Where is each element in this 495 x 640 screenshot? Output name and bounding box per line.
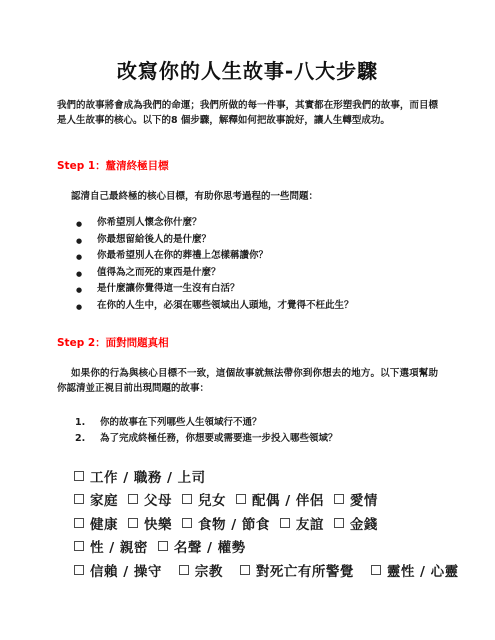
checkbox-item[interactable]: 愛情 (334, 489, 378, 509)
checkbox-icon[interactable] (74, 518, 84, 528)
checkbox-row: 工作 / 職務 / 上司 (74, 464, 475, 488)
checkbox-item[interactable]: 父母 (128, 489, 172, 509)
step-2-heading: Step 2：面對問題真相 (57, 335, 438, 350)
checkbox-row: 性 / 親密 名聲 / 權勢 (74, 535, 475, 559)
bullet-icon: ● (76, 216, 82, 233)
checkbox-item[interactable]: 金錢 (334, 513, 378, 533)
domain-label: 金錢 (350, 513, 378, 533)
checkbox-item[interactable]: 兒女 (182, 489, 226, 509)
checkbox-item[interactable]: 靈性 / 心靈 (371, 560, 459, 580)
checkbox-item[interactable]: 性 / 親密 (74, 536, 148, 556)
numbered-item: 1. 你的故事在下列哪些人生領域行不通？ (75, 415, 455, 431)
page-title: 改寫你的人生故事-八大步驟 (0, 0, 495, 84)
checkbox-icon[interactable] (74, 565, 84, 575)
domain-label: 性 / 親密 (90, 536, 148, 556)
bullet-icon: ● (76, 249, 82, 266)
checkbox-item[interactable]: 宗教 (179, 560, 223, 580)
step-1-heading: Step 1：釐清終極目標 (57, 158, 438, 173)
step-1-lead: 認清自己最終極的核心目標，有助你思考過程的一些問題： (57, 189, 438, 204)
domain-label: 愛情 (350, 489, 378, 509)
checkbox-row: 信賴 / 操守 宗教 對死亡有所警覺 靈性 / 心靈 (74, 558, 475, 582)
checkbox-icon[interactable] (334, 494, 344, 504)
checkbox-icon[interactable] (74, 471, 84, 481)
domain-label: 友誼 (296, 513, 324, 533)
bullet-icon: ● (76, 299, 82, 316)
checkbox-icon[interactable] (182, 518, 192, 528)
checkbox-icon[interactable] (236, 494, 246, 504)
domain-label: 工作 / 職務 / 上司 (90, 466, 206, 486)
domain-label: 配偶 / 伴侶 (252, 489, 324, 509)
question-text: 值得為之而死的東西是什麼？ (97, 267, 221, 278)
document-page: 改寫你的人生故事-八大步驟 我們的故事將會成為我們的命運；我們所做的每一件事，其… (0, 0, 495, 640)
question-text: 你希望別人懷念你什麼？ (97, 217, 202, 228)
domain-label: 快樂 (144, 513, 172, 533)
domain-label: 信賴 / 操守 (90, 560, 162, 580)
bullet-icon: ● (76, 282, 82, 299)
reflection-questions-list: ●你希望別人懷念你什麼？ ●你最想留給後人的是什麼？ ●你最希望別人在你的葬禮上… (75, 215, 455, 314)
item-number: 1. (75, 415, 100, 431)
checkbox-icon[interactable] (182, 494, 192, 504)
checkbox-item[interactable]: 家庭 (74, 489, 118, 509)
domain-label: 食物 / 節食 (198, 513, 270, 533)
question-text: 在你的人生中，必須在哪些領域出人頭地，才覺得不枉此生？ (97, 300, 354, 311)
checkbox-item[interactable]: 食物 / 節食 (182, 513, 270, 533)
checkbox-row: 健康 快樂 食物 / 節食 友誼 金錢 (74, 511, 475, 535)
checkbox-item[interactable]: 名聲 / 權勢 (158, 536, 246, 556)
list-item: ●值得為之而死的東西是什麼？ (75, 265, 455, 282)
intro-paragraph: 我們的故事將會成為我們的命運；我們所做的每一件事，其實都在形塑我們的故事，而目標… (57, 98, 438, 128)
checkbox-icon[interactable] (280, 518, 290, 528)
question-text: 你最希望別人在你的葬禮上怎樣稱讚你？ (97, 250, 268, 261)
checkbox-item[interactable]: 工作 / 職務 / 上司 (74, 466, 206, 486)
numbered-questions-list: 1. 你的故事在下列哪些人生領域行不通？ 2. 為了完成終極任務，你想要或需要進… (75, 415, 455, 447)
checkbox-icon[interactable] (158, 541, 168, 551)
list-item: ●是什麼讓你覺得這一生沒有白活？ (75, 281, 455, 298)
numbered-item: 2. 為了完成終極任務，你想要或需要進一步投入哪些領域？ (75, 431, 455, 447)
checkbox-icon[interactable] (240, 565, 250, 575)
item-number: 2. (75, 431, 100, 447)
domain-label: 健康 (90, 513, 118, 533)
checkbox-item[interactable]: 配偶 / 伴侶 (236, 489, 324, 509)
domain-label: 兒女 (198, 489, 226, 509)
question-text: 是什麼讓你覺得這一生沒有白活？ (97, 283, 240, 294)
question-text: 為了完成終極任務，你想要或需要進一步投入哪些領域？ (100, 431, 338, 447)
bullet-icon: ● (76, 233, 82, 250)
checkbox-item[interactable]: 快樂 (128, 513, 172, 533)
checkbox-icon[interactable] (334, 518, 344, 528)
step-2-lead: 如果你的行為與核心目標不一致，這個故事就無法帶你到你想去的地方。以下選項幫助你認… (57, 366, 438, 396)
list-item: ●你最希望別人在你的葬禮上怎樣稱讚你？ (75, 248, 455, 265)
checkbox-item[interactable]: 對死亡有所警覺 (240, 560, 354, 580)
question-text: 你最想留給後人的是什麼？ (97, 234, 211, 245)
domain-label: 父母 (144, 489, 172, 509)
domain-label: 對死亡有所警覺 (256, 560, 354, 580)
checkbox-row: 家庭 父母 兒女 配偶 / 伴侶 愛情 (74, 488, 475, 512)
domain-label: 靈性 / 心靈 (387, 560, 459, 580)
list-item: ●在你的人生中，必須在哪些領域出人頭地，才覺得不枉此生？ (75, 298, 455, 315)
bullet-icon: ● (76, 266, 82, 283)
checkbox-item[interactable]: 信賴 / 操守 (74, 560, 162, 580)
checkbox-icon[interactable] (179, 565, 189, 575)
domain-label: 宗教 (195, 560, 223, 580)
life-domains-checklist: 工作 / 職務 / 上司 家庭 父母 兒女 配偶 / 伴侶 愛情 健康 快樂 食… (74, 464, 475, 582)
checkbox-icon[interactable] (371, 565, 381, 575)
checkbox-icon[interactable] (128, 518, 138, 528)
checkbox-icon[interactable] (74, 541, 84, 551)
checkbox-item[interactable]: 健康 (74, 513, 118, 533)
list-item: ●你最想留給後人的是什麼？ (75, 232, 455, 249)
question-text: 你的故事在下列哪些人生領域行不通？ (100, 415, 262, 431)
checkbox-icon[interactable] (74, 494, 84, 504)
domain-label: 家庭 (90, 489, 118, 509)
list-item: ●你希望別人懷念你什麼？ (75, 215, 455, 232)
domain-label: 名聲 / 權勢 (174, 536, 246, 556)
checkbox-icon[interactable] (128, 494, 138, 504)
checkbox-item[interactable]: 友誼 (280, 513, 324, 533)
